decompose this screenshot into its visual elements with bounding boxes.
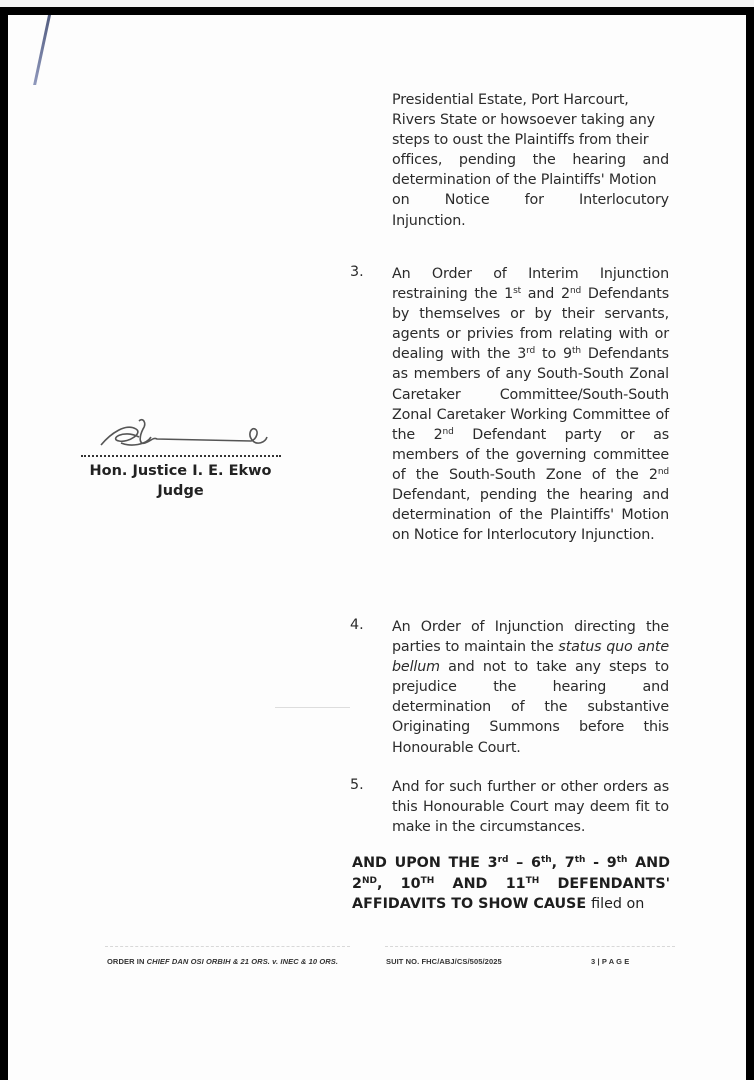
judge-name: Hon. Justice I. E. Ekwo [73,461,288,481]
case-name: CHIEF DAN OSI ORBIH & 21 ORS. v. INEC & … [147,957,338,966]
page-number: 3 [591,957,595,966]
signature-block: Hon. Justice I. E. Ekwo Judge [73,415,288,501]
order-item-3: An Order of Interim Injunction restraini… [392,264,669,545]
line: steps to oust the Plaintiffs from their [392,130,669,150]
item-number: 4. [350,617,364,633]
signature-line [81,455,281,457]
paragraph-continuation: Presidential Estate, Port Harcourt, Rive… [392,90,669,231]
footer-rule [385,946,675,947]
line: offices, pending the hearing and [392,150,669,170]
line: Rivers State or howsoever taking any [392,110,669,130]
text: And for such further or other orders as … [392,779,669,835]
order-item-4: An Order of Injunction directing the par… [392,617,669,758]
page-label: P A G E [602,957,630,966]
item-number: 3. [350,264,364,280]
item-number: 5. [350,777,364,793]
order-item-3-text: An Order of Interim Injunction restraini… [392,266,669,543]
text: ORDER IN [107,957,147,966]
line: on Notice for Interlocutory [392,190,669,210]
top-strip [0,0,754,7]
footer-suit-number: SUIT NO. FHC/ABJ/CS/505/2025 [386,957,502,966]
signature-icon [81,415,281,453]
faint-mark [275,707,350,708]
judge-title: Judge [73,481,288,501]
order-item-5: And for such further or other orders as … [392,777,669,837]
footer-page-number: 3 | P A G E [591,957,629,966]
line: Presidential Estate, Port Harcourt, [392,90,669,110]
closing-plain-text: filed on [591,896,644,912]
pen-stroke-mark [33,15,51,85]
line: Injunction. [392,211,669,231]
line: determination of the Plaintiffs' Motion [392,170,669,190]
footer-case-title: ORDER IN CHIEF DAN OSI ORBIH & 21 ORS. v… [107,957,338,966]
closing-paragraph: AND UPON THE 3rd – 6th, 7th - 9th AND 2N… [352,853,670,915]
footer-rule [105,946,350,947]
